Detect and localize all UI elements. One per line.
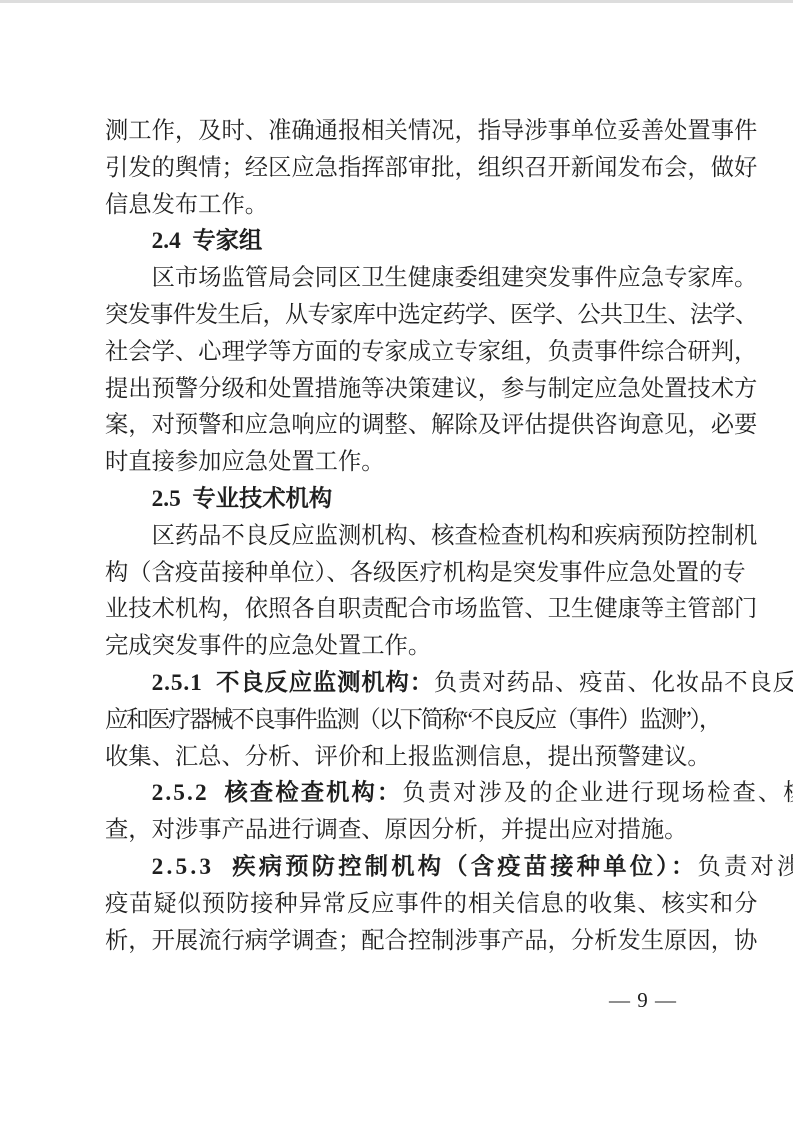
document-line-2-5-3: 2.5.3 疾病预防控制机构（含疫苗接种单位）：负责对涉及 [105,849,760,886]
document-line: 完成突发事件的应急处置工作。 [105,628,760,665]
document-line: 析，开展流行病学调查；配合控制涉事产品，分析发生原因，协 [105,923,760,960]
document-line-2-5-2: 2.5.2 核查检查机构：负责对涉及的企业进行现场检查、核 [105,775,760,812]
document-line-2-5-1: 2.5.1 不良反应监测机构：负责对药品、疫苗、化妆品不良反 [105,665,760,702]
document-line: 区药品不良反应监测机构、核查检查机构和疾病预防控制机 [105,518,760,555]
document-page: 测工作，及时、准确通报相关情况，指导涉事单位妥善处置事件 引发的舆情；经区应急指… [0,0,793,1122]
document-line: 查，对涉事产品进行调查、原因分析，并提出应对措施。 [105,812,760,849]
document-line: 业技术机构，依照各自职责配合市场监管、卫生健康等主管部门 [105,591,760,628]
document-line: 时直接参加应急处置工作。 [105,444,760,481]
document-line: 构（含疫苗接种单位）、各级医疗机构是突发事件应急处置的专 [105,555,760,592]
document-line: 应和医疗器械不良事件监测（以下简称“不良反应（事件）监测”）， [105,702,760,739]
term-label: 2.5.2 核查检查机构： [152,780,403,806]
section-heading-label: 2.5 专业技术机构 [152,486,333,512]
document-line: 引发的舆情；经区应急指挥部审批，组织召开新闻发布会，做好 [105,150,760,187]
document-line: 区市场监管局会同区卫生健康委组建突发事件应急专家库。 [105,260,760,297]
document-line: 社会学、心理学等方面的专家成立专家组，负责事件综合研判， [105,334,760,371]
page-top-edge [0,0,793,3]
section-heading-label: 2.4 专家组 [152,228,263,254]
section-heading-2-4: 2.4 专家组 [105,223,760,260]
document-line: 提出预警分级和处置措施等决策建议，参与制定应急处置技术方 [105,371,760,408]
term-label: 2.5.3 疾病预防控制机构（含疫苗接种单位）： [152,854,698,880]
document-line: 疫苗疑似预防接种异常反应事件的相关信息的收集、核实和分 [105,886,760,923]
document-line: 突发事件发生后，从专家库中选定药学、医学、公共卫生、法学、 [105,297,760,334]
term-label: 2.5.1 不良反应监测机构： [152,670,434,696]
document-line: 案，对预警和应急响应的调整、解除及评估提供咨询意见，必要 [105,407,760,444]
document-body: 测工作，及时、准确通报相关情况，指导涉事单位妥善处置事件 引发的舆情；经区应急指… [105,113,760,959]
document-line: 收集、汇总、分析、评价和上报监测信息，提出预警建议。 [105,739,760,776]
page-number: — 9 — [609,988,677,1013]
section-heading-2-5: 2.5 专业技术机构 [105,481,760,518]
document-line: 测工作，及时、准确通报相关情况，指导涉事单位妥善处置事件 [105,113,760,150]
document-line: 信息发布工作。 [105,187,760,224]
